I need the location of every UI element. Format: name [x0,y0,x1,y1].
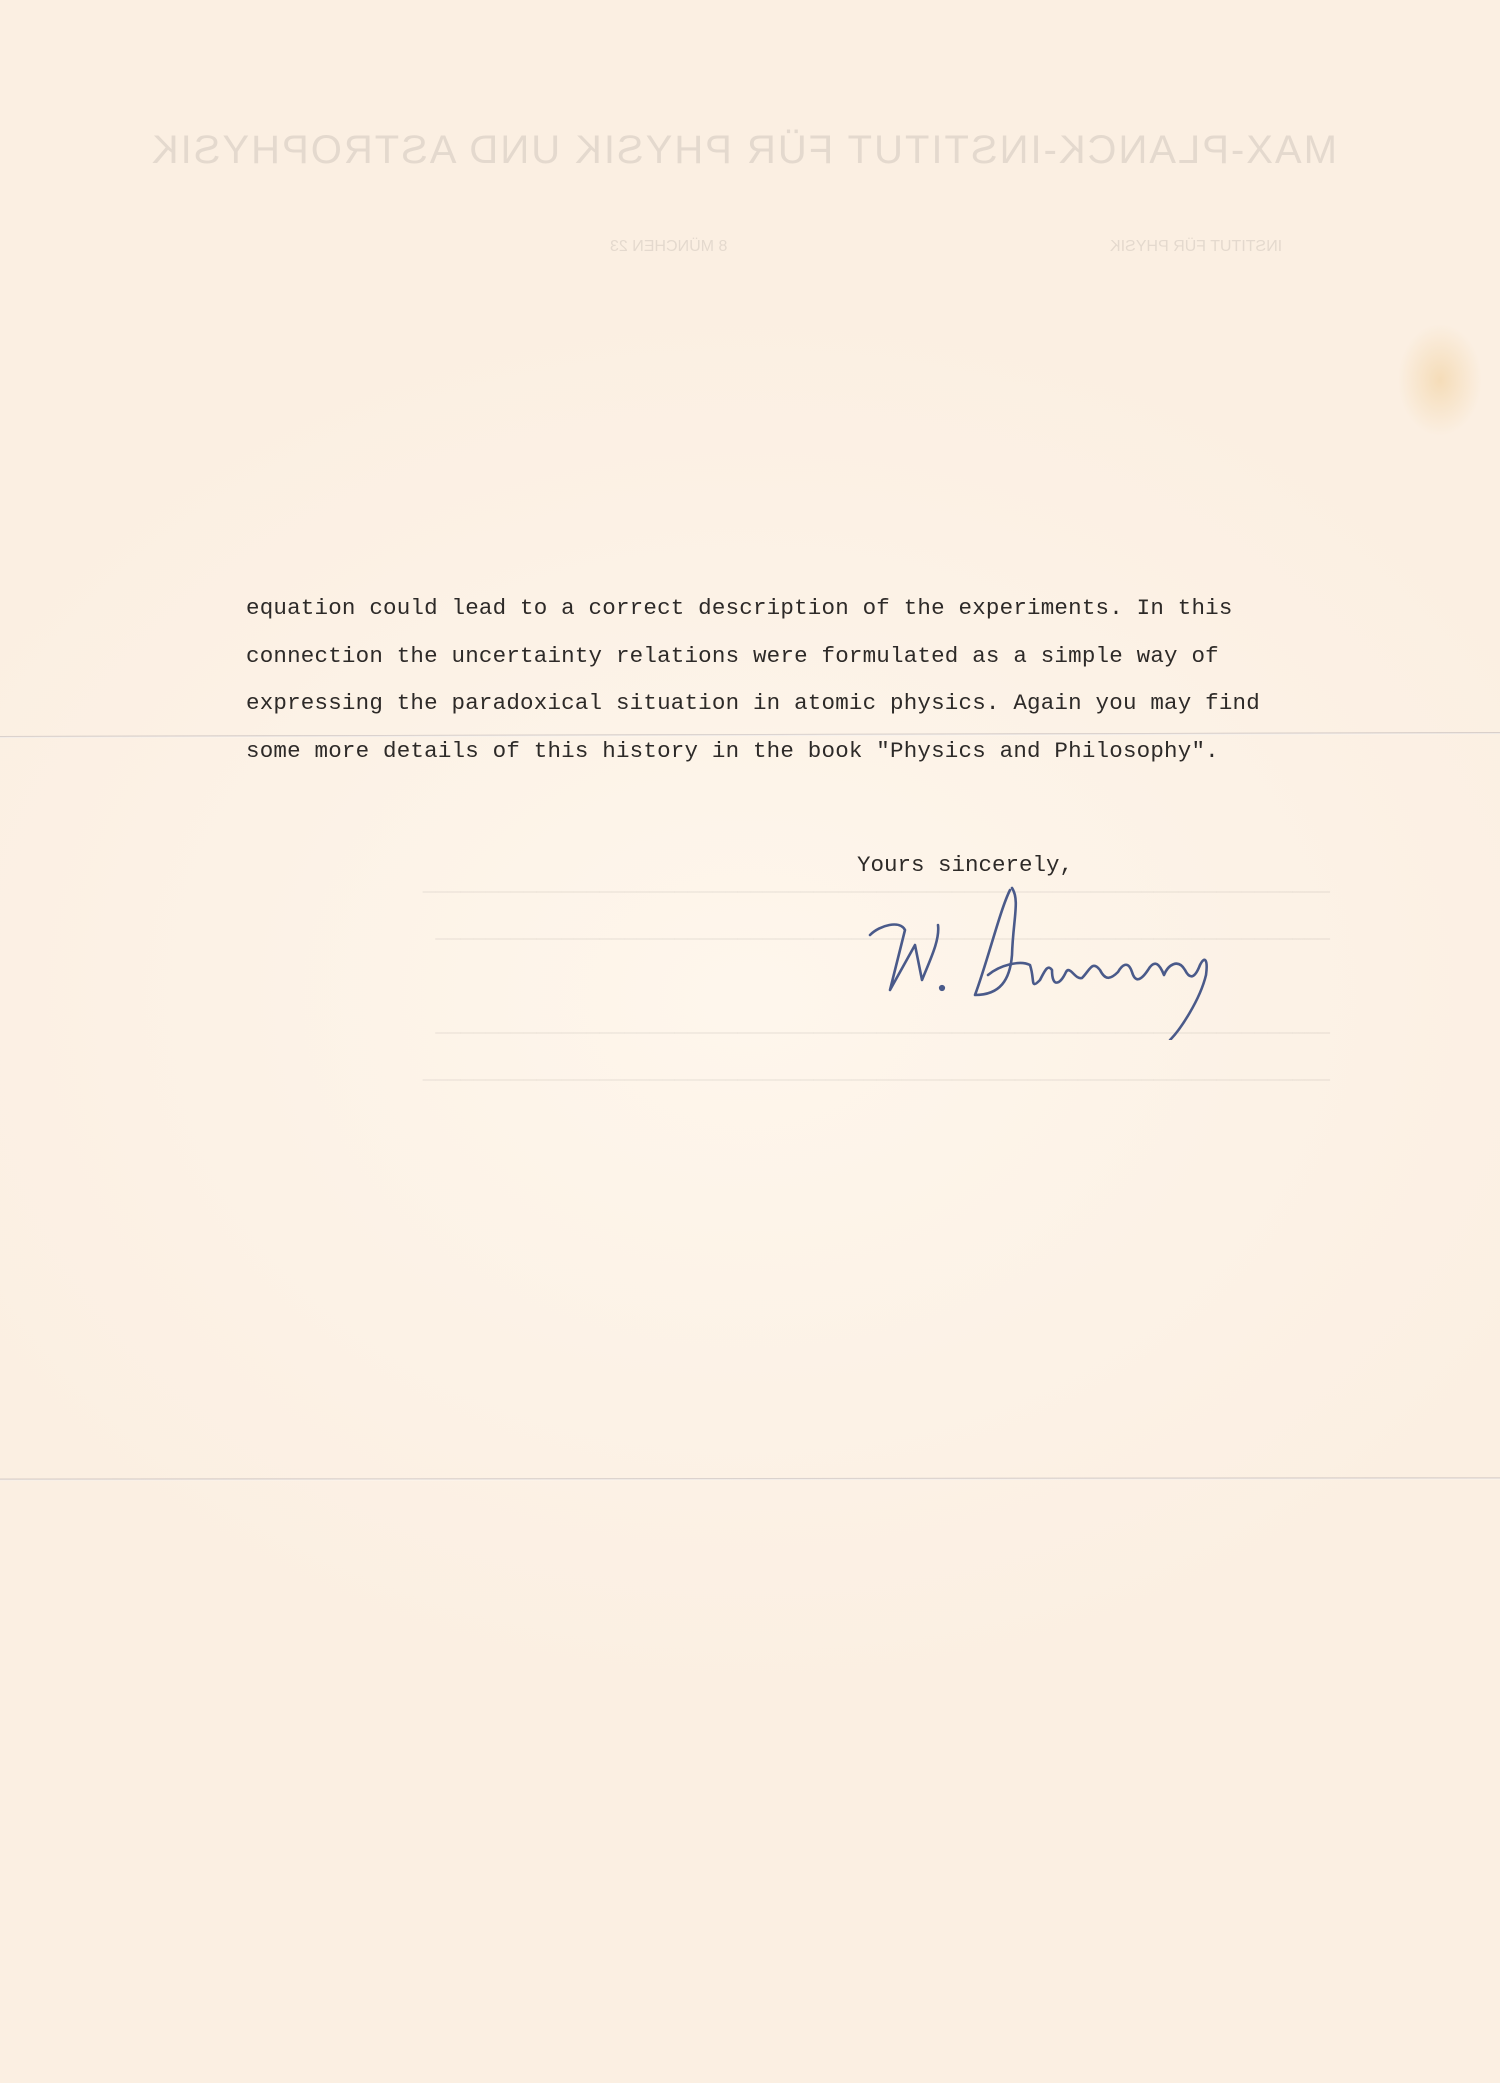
bleed-through-place: 8 MÜNCHEN 23 [610,238,727,256]
body-line: expressing the paradoxical situation in … [246,680,1446,728]
bleed-through-institute: INSTITUT FÜR PHYSIK [1110,238,1282,256]
bleed-through-letterhead: MAX-PLANCK-INSTITUT FÜR PHYSIK UND ASTRO… [150,128,1337,173]
handwritten-signature [860,880,1280,1040]
body-line: connection the uncertainty relations wer… [246,633,1446,681]
letter-closing: Yours sincerely, [857,852,1073,878]
body-line: some more details of this history in the… [246,728,1446,776]
body-line: equation could lead to a correct descrip… [246,585,1446,633]
letter-body: equation could lead to a correct descrip… [246,585,1446,775]
